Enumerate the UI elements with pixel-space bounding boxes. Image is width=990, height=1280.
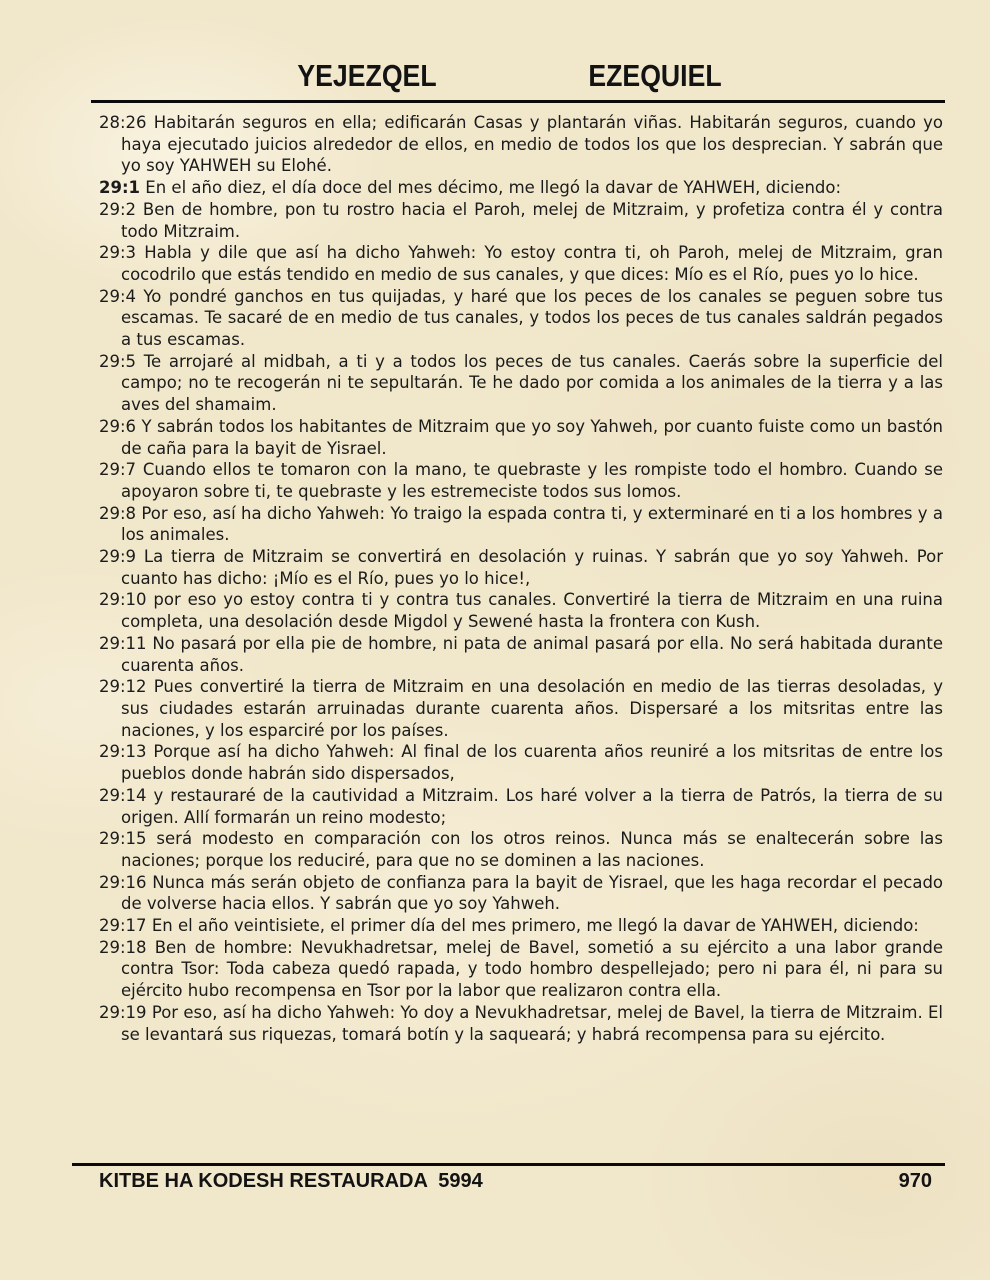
verse-text: Porque así ha dicho Yahweh: Al final de … — [121, 742, 943, 783]
scripture-page: YEJEZQEL EZEQUIEL 28:26 Habitarán seguro… — [0, 0, 990, 1280]
verse-text: Te arrojaré al midbah, a ti y a todos lo… — [121, 352, 943, 414]
verse-ref: 29:13 — [99, 742, 147, 761]
verse: 29:10 por eso yo estoy contra ti y contr… — [99, 589, 943, 632]
verse-ref: 29:6 — [99, 417, 136, 436]
verse-text: La tierra de Mitzraim se convertirá en d… — [121, 547, 943, 588]
verse: 29:16 Nunca más serán objeto de confianz… — [99, 872, 943, 915]
verse: 29:13 Porque así ha dicho Yahweh: Al fin… — [99, 741, 943, 784]
footer-row: KITBE HA KODESH RESTAURADA 5994 970 — [99, 1170, 932, 1193]
verse-ref: 29:1 — [99, 178, 140, 197]
verse: 28:26 Habitarán seguros en ella; edifica… — [99, 112, 943, 177]
verse-text: Pues convertiré la tierra de Mitzraim en… — [121, 677, 943, 739]
verse-ref: 29:17 — [99, 916, 147, 935]
edition-title: KITBE HA KODESH RESTAURADA 5994 — [99, 1170, 483, 1193]
verse-text: Por eso, así ha dicho Yahweh: Yo doy a N… — [121, 1003, 943, 1044]
verse: 29:19 Por eso, así ha dicho Yahweh: Yo d… — [99, 1002, 943, 1045]
verse-ref: 29:10 — [99, 590, 147, 609]
verse: 29:2 Ben de hombre, pon tu rostro hacia … — [99, 199, 943, 242]
footer-rule — [72, 1163, 945, 1166]
verse: 29:11 No pasará por ella pie de hombre, … — [99, 633, 943, 676]
verse-ref: 29:8 — [99, 504, 136, 523]
verse: 29:6 Y sabrán todos los habitantes de Mi… — [99, 416, 943, 459]
verse-ref: 29:12 — [99, 677, 147, 696]
header-rule — [91, 100, 945, 103]
verse-text: Ben de hombre: Nevukhadretsar, melej de … — [121, 938, 943, 1000]
verse-ref: 29:14 — [99, 786, 147, 805]
verse: 29:17 En el año veintisiete, el primer d… — [99, 915, 943, 937]
verse-text: Yo pondré ganchos en tus quijadas, y har… — [121, 287, 943, 349]
book-title-spanish: EZEQUIEL — [588, 58, 721, 94]
verse-text: Habla y dile que así ha dicho Yahweh: Yo… — [121, 243, 943, 284]
book-title-transliterated: YEJEZQEL — [297, 58, 436, 94]
verse: 29:7 Cuando ellos te tomaron con la mano… — [99, 459, 943, 502]
page-number: 970 — [899, 1170, 932, 1193]
verse-ref: 29:16 — [99, 873, 147, 892]
verse-ref: 29:11 — [99, 634, 147, 653]
verse-text: y restauraré de la cautividad a Mitzraim… — [121, 786, 943, 827]
verse-text: No pasará por ella pie de hombre, ni pat… — [121, 634, 943, 675]
verse-text: Y sabrán todos los habitantes de Mitzrai… — [121, 417, 943, 458]
verse: 29:4 Yo pondré ganchos en tus quijadas, … — [99, 286, 943, 351]
verse: 29:12 Pues convertiré la tierra de Mitzr… — [99, 676, 943, 741]
verse: 29:14 y restauraré de la cautividad a Mi… — [99, 785, 943, 828]
verse-ref: 29:4 — [99, 287, 136, 306]
verse-ref: 29:2 — [99, 200, 136, 219]
verse-ref: 29:3 — [99, 243, 136, 262]
verse: 29:15 será modesto en comparación con lo… — [99, 828, 943, 871]
verse: 29:1 En el año diez, el día doce del mes… — [99, 177, 943, 199]
verse: 29:18 Ben de hombre: Nevukhadretsar, mel… — [99, 937, 943, 1002]
verse: 29:3 Habla y dile que así ha dicho Yahwe… — [99, 242, 943, 285]
verse-text: En el año diez, el día doce del mes déci… — [145, 178, 841, 197]
verse-text: Ben de hombre, pon tu rostro hacia el Pa… — [121, 200, 943, 241]
verse-text: En el año veintisiete, el primer día del… — [152, 916, 919, 935]
verse-ref: 29:5 — [99, 352, 136, 371]
verse-text: por eso yo estoy contra ti y contra tus … — [121, 590, 943, 631]
verse-text: Cuando ellos te tomaron con la mano, te … — [121, 460, 943, 501]
verse-text: Nunca más serán objeto de confianza para… — [121, 873, 943, 914]
verse-ref: 29:19 — [99, 1003, 147, 1022]
verse-text: Por eso, así ha dicho Yahweh: Yo traigo … — [121, 504, 943, 545]
verse-ref: 28:26 — [99, 113, 147, 132]
verse: 29:5 Te arrojaré al midbah, a ti y a tod… — [99, 351, 943, 416]
verse: 29:8 Por eso, así ha dicho Yahweh: Yo tr… — [99, 503, 943, 546]
verse-ref: 29:7 — [99, 460, 136, 479]
verse-list: 28:26 Habitarán seguros en ella; edifica… — [99, 112, 943, 1045]
verse-ref: 29:9 — [99, 547, 136, 566]
verse: 29:9 La tierra de Mitzraim se convertirá… — [99, 546, 943, 589]
verse-ref: 29:18 — [99, 938, 147, 957]
verse-text: será modesto en comparación con los otro… — [121, 829, 943, 870]
verse-text: Habitarán seguros en ella; edificarán Ca… — [121, 113, 943, 175]
verse-ref: 29:15 — [99, 829, 147, 848]
